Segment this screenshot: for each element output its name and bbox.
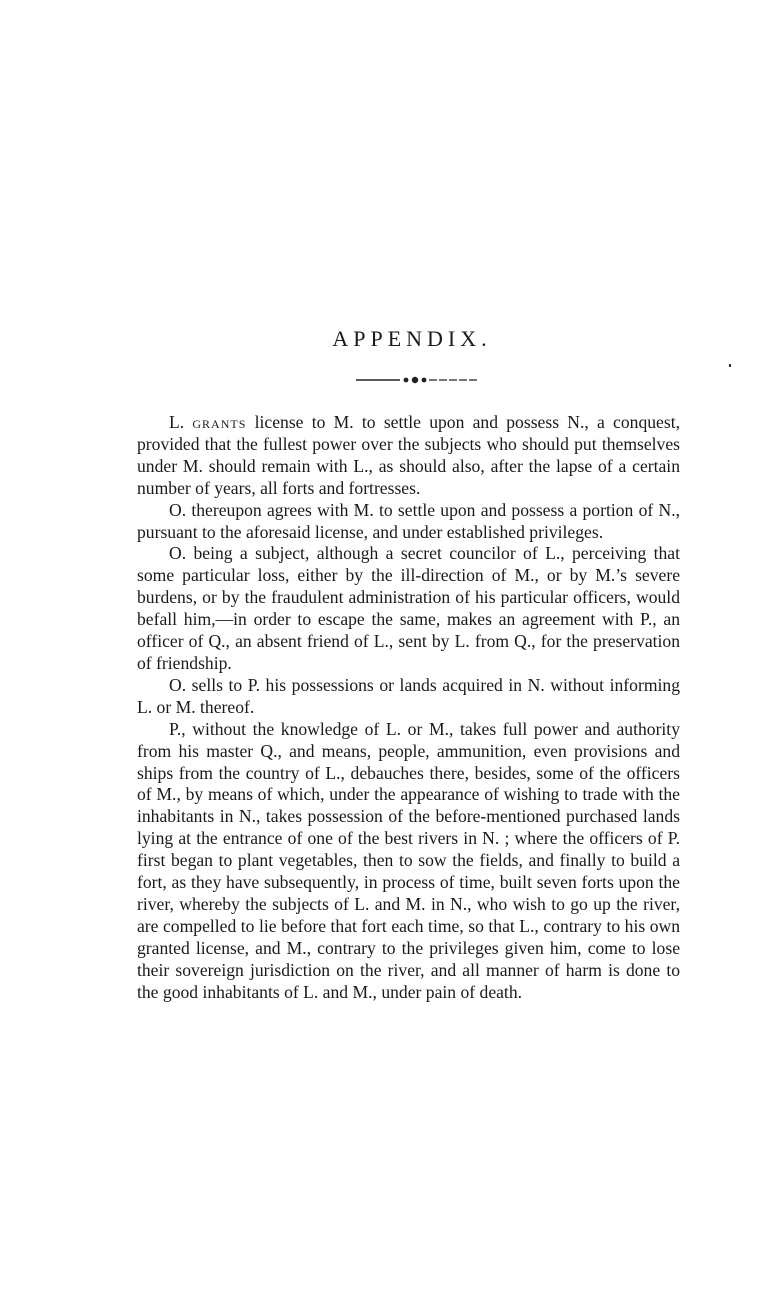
appendix-body: L. GRANTS license to M. to settle upon a… [137, 412, 680, 1003]
paragraph-4: O. sells to P. his possessions or lands … [137, 675, 680, 719]
ornament-separator-icon [356, 376, 478, 384]
print-speck [729, 364, 731, 367]
paragraph-5: P., without the knowledge of L. or M., t… [137, 719, 680, 1004]
paragraph-lead-smallcaps: GRANTS [192, 412, 246, 432]
paragraph-1: L. GRANTS license to M. to settle upon a… [137, 412, 680, 500]
page-title: APPENDIX. [0, 326, 772, 352]
paragraph-lead: L. [169, 412, 184, 432]
document-page: APPENDIX. L. GRANTS license to M. to set… [0, 0, 772, 1300]
paragraph-3: O. being a subject, although a secret co… [137, 543, 680, 674]
paragraph-2: O. thereupon agrees with M. to settle up… [137, 500, 680, 544]
